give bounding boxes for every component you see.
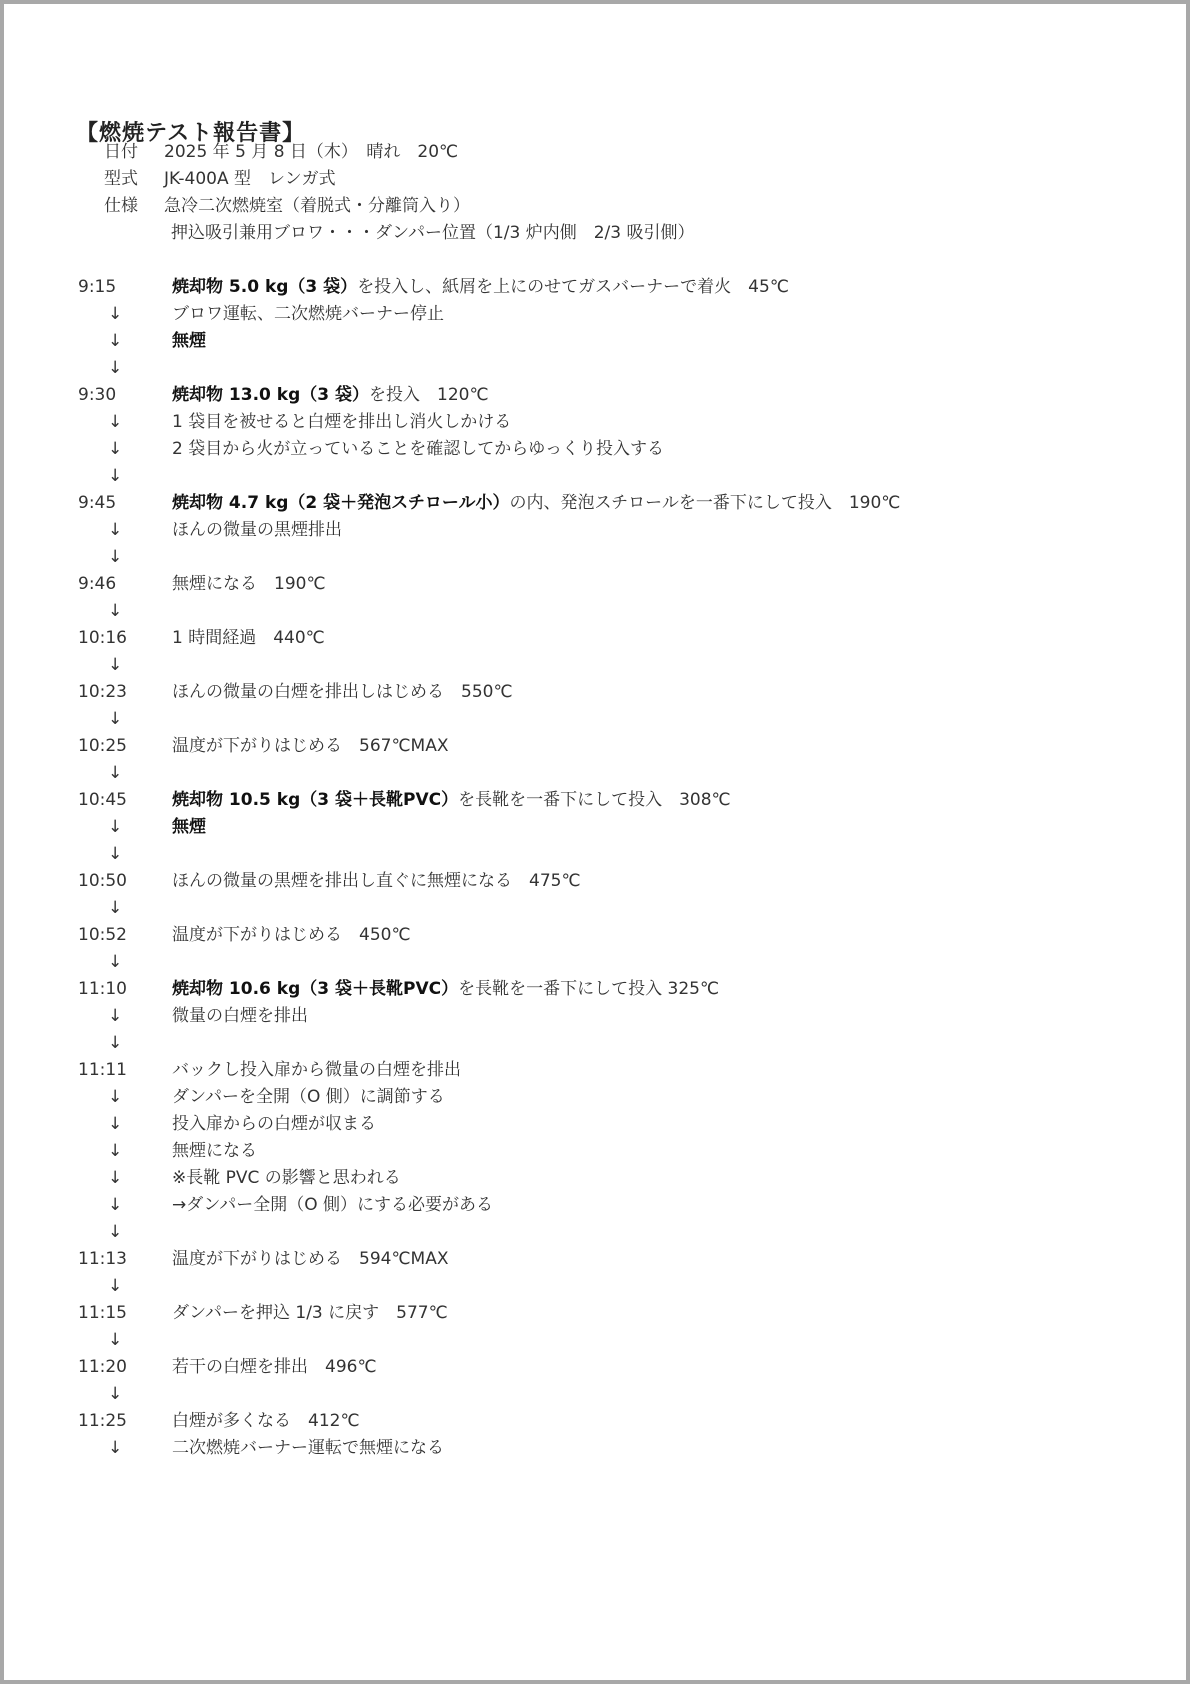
log-text-normal: 微量の白煙を排出	[172, 1006, 308, 1026]
log-text-normal: を投入 120℃	[369, 385, 489, 405]
log-text-normal: ※長靴 PVC の影響と思われる	[172, 1168, 401, 1188]
log-entry: 11:25白煙が多くなる 412℃	[78, 1408, 360, 1434]
arrow-down-icon: ↓	[78, 895, 172, 921]
log-text: →ダンパー全開（O 側）にする必要がある	[172, 1195, 493, 1215]
log-text-normal: ほんの微量の黒煙排出	[172, 520, 342, 540]
log-time: 9:46	[78, 571, 172, 597]
log-entry: ↓	[78, 895, 172, 921]
log-entry: ↓微量の白煙を排出	[78, 1003, 308, 1029]
log-text-normal: 温度が下がりはじめる 594℃MAX	[172, 1249, 448, 1269]
log-time: 10:52	[78, 922, 172, 948]
log-time: 9:45	[78, 490, 172, 516]
log-entry: 10:161 時間経過 440℃	[78, 625, 325, 651]
log-text: ほんの微量の白煙を排出しはじめる 550℃	[172, 682, 513, 702]
meta-value: JK-400A 型 レンガ式	[164, 167, 336, 191]
log-text-normal: バックし投入扉から微量の白煙を排出	[172, 1060, 461, 1080]
log-text: 無煙になる 190℃	[172, 574, 326, 594]
log-text: バックし投入扉から微量の白煙を排出	[172, 1060, 461, 1080]
log-text-normal: ほんの微量の白煙を排出しはじめる 550℃	[172, 682, 513, 702]
log-entry: ↓	[78, 1273, 172, 1299]
arrow-down-icon: ↓	[78, 814, 172, 840]
arrow-down-icon: ↓	[78, 1003, 172, 1029]
meta-date: 日付2025 年 5 月 8 日（木） 晴れ 20℃	[104, 140, 458, 164]
log-text-normal: 投入扉からの白煙が収まる	[172, 1114, 376, 1134]
log-entry: ↓	[78, 1327, 172, 1353]
log-entry: ↓無煙	[78, 328, 206, 354]
log-entry: ↓	[78, 1381, 172, 1407]
log-entry: ↓	[78, 544, 172, 570]
arrow-down-icon: ↓	[78, 1381, 172, 1407]
log-text: 焼却物 13.0 kg（3 袋）を投入 120℃	[172, 385, 489, 405]
log-entry: ↓	[78, 652, 172, 678]
log-text-normal: 温度が下がりはじめる 567℃MAX	[172, 736, 448, 756]
log-text: 温度が下がりはじめる 594℃MAX	[172, 1249, 448, 1269]
arrow-down-icon: ↓	[78, 436, 172, 462]
log-text-normal: を投入し、紙屑を上にのせてガスバーナーで着火 45℃	[357, 277, 789, 297]
arrow-down-icon: ↓	[78, 760, 172, 786]
log-entry: 11:10焼却物 10.6 kg（3 袋＋長靴PVC）を長靴を一番下にして投入 …	[78, 976, 719, 1002]
log-text-normal: →ダンパー全開（O 側）にする必要がある	[172, 1195, 493, 1215]
log-entry: ↓	[78, 1030, 172, 1056]
log-text-normal: ほんの微量の黒煙を排出し直ぐに無煙になる 475℃	[172, 871, 581, 891]
arrow-down-icon: ↓	[78, 328, 172, 354]
meta-spec: 仕様急冷二次燃焼室（着脱式・分離筒入り）	[104, 194, 470, 218]
log-text: 無煙になる	[172, 1141, 257, 1161]
log-entry: ↓	[78, 355, 172, 381]
log-entry: ↓	[78, 1219, 172, 1245]
log-text-normal: 1 袋目を被せると白煙を排出し消火しかける	[172, 412, 511, 432]
log-text-normal: を長靴を一番下にして投入 308℃	[458, 790, 731, 810]
log-text-bold: 無煙	[172, 817, 206, 837]
log-entry: 10:45焼却物 10.5 kg（3 袋＋長靴PVC）を長靴を一番下にして投入 …	[78, 787, 731, 813]
arrow-down-icon: ↓	[78, 1138, 172, 1164]
log-text: 無煙	[172, 817, 206, 837]
log-time: 9:30	[78, 382, 172, 408]
log-text-normal: ダンパーを全開（O 側）に調節する	[172, 1087, 445, 1107]
log-entry: 10:23ほんの微量の白煙を排出しはじめる 550℃	[78, 679, 513, 705]
meta-value: 急冷二次燃焼室（着脱式・分離筒入り）	[164, 194, 470, 218]
log-text: 焼却物 5.0 kg（3 袋）を投入し、紙屑を上にのせてガスバーナーで着火 45…	[172, 277, 789, 297]
log-entry: ↓二次燃焼バーナー運転で無煙になる	[78, 1435, 444, 1461]
log-entry: 11:20若干の白煙を排出 496℃	[78, 1354, 377, 1380]
log-entry: 10:25温度が下がりはじめる 567℃MAX	[78, 733, 448, 759]
log-entry: ↓	[78, 706, 172, 732]
log-text-normal: を長靴を一番下にして投入 325℃	[458, 979, 719, 999]
meta-model: 型式JK-400A 型 レンガ式	[104, 167, 336, 191]
log-entry: ↓	[78, 949, 172, 975]
log-time: 10:50	[78, 868, 172, 894]
log-time: 11:15	[78, 1300, 172, 1326]
arrow-down-icon: ↓	[78, 1030, 172, 1056]
log-text: ほんの微量の黒煙を排出し直ぐに無煙になる 475℃	[172, 871, 581, 891]
log-text-normal: 白煙が多くなる 412℃	[172, 1411, 360, 1431]
log-text-normal: 若干の白煙を排出 496℃	[172, 1357, 377, 1377]
log-entry: ↓ダンパーを全開（O 側）に調節する	[78, 1084, 445, 1110]
log-time: 11:20	[78, 1354, 172, 1380]
arrow-down-icon: ↓	[78, 1084, 172, 1110]
arrow-down-icon: ↓	[78, 463, 172, 489]
log-text: ほんの微量の黒煙排出	[172, 520, 342, 540]
log-text: 焼却物 10.6 kg（3 袋＋長靴PVC）を長靴を一番下にして投入 325℃	[172, 979, 719, 999]
log-time: 10:45	[78, 787, 172, 813]
log-entry: 11:13温度が下がりはじめる 594℃MAX	[78, 1246, 448, 1272]
log-text-bold: 焼却物 10.5 kg（3 袋＋長靴PVC）	[172, 790, 458, 810]
log-time: 11:11	[78, 1057, 172, 1083]
log-entry: 9:45焼却物 4.7 kg（2 袋＋発泡スチロール小）の内、発泡スチロールを一…	[78, 490, 900, 516]
arrow-down-icon: ↓	[78, 949, 172, 975]
log-entry: ↓	[78, 760, 172, 786]
log-text: 無煙	[172, 331, 206, 351]
log-text-bold: 焼却物 5.0 kg（3 袋）	[172, 277, 357, 297]
meta-key: 仕様	[104, 194, 164, 218]
log-entry: ↓無煙	[78, 814, 206, 840]
log-time: 10:16	[78, 625, 172, 651]
log-text: 焼却物 10.5 kg（3 袋＋長靴PVC）を長靴を一番下にして投入 308℃	[172, 790, 731, 810]
arrow-down-icon: ↓	[78, 355, 172, 381]
log-entry: ↓→ダンパー全開（O 側）にする必要がある	[78, 1192, 493, 1218]
log-entry: ↓ほんの微量の黒煙排出	[78, 517, 342, 543]
log-entry: ↓	[78, 463, 172, 489]
log-entry: 11:11バックし投入扉から微量の白煙を排出	[78, 1057, 461, 1083]
log-text: 二次燃焼バーナー運転で無煙になる	[172, 1438, 444, 1458]
log-text: 投入扉からの白煙が収まる	[172, 1114, 376, 1134]
log-entry: ↓無煙になる	[78, 1138, 257, 1164]
meta-value: 2025 年 5 月 8 日（木） 晴れ 20℃	[164, 140, 458, 164]
log-entry: ↓2 袋目から火が立っていることを確認してからゆっくり投入する	[78, 436, 664, 462]
log-text: 1 袋目を被せると白煙を排出し消火しかける	[172, 412, 511, 432]
log-text-bold: 無煙	[172, 331, 206, 351]
log-entry: ↓ブロワ運転、二次燃焼バーナー停止	[78, 301, 444, 327]
log-text-normal: 無煙になる	[172, 1141, 257, 1161]
log-text: ダンパーを押込 1/3 に戻す 577℃	[172, 1303, 448, 1323]
log-text: 1 時間経過 440℃	[172, 628, 325, 648]
log-time: 9:15	[78, 274, 172, 300]
log-entry: 9:46無煙になる 190℃	[78, 571, 326, 597]
log-text-bold: 焼却物 13.0 kg（3 袋）	[172, 385, 369, 405]
log-text-normal: 1 時間経過 440℃	[172, 628, 325, 648]
arrow-down-icon: ↓	[78, 841, 172, 867]
arrow-down-icon: ↓	[78, 1192, 172, 1218]
arrow-down-icon: ↓	[78, 1435, 172, 1461]
log-entry: ↓	[78, 841, 172, 867]
log-time: 11:10	[78, 976, 172, 1002]
arrow-down-icon: ↓	[78, 1327, 172, 1353]
log-time: 11:13	[78, 1246, 172, 1272]
log-text: 温度が下がりはじめる 450℃	[172, 925, 411, 945]
log-text-bold: 焼却物 4.7 kg（2 袋＋発泡スチロール小）	[172, 493, 510, 513]
arrow-down-icon: ↓	[78, 652, 172, 678]
log-text-normal: 二次燃焼バーナー運転で無煙になる	[172, 1438, 444, 1458]
meta-spec-continued: 押込吸引兼用ブロワ・・・ダンパー位置（1/3 炉内側 2/3 吸引側）	[171, 221, 695, 245]
log-entry: 10:52温度が下がりはじめる 450℃	[78, 922, 411, 948]
log-text: ダンパーを全開（O 側）に調節する	[172, 1087, 445, 1107]
log-text-normal: ブロワ運転、二次燃焼バーナー停止	[172, 304, 444, 324]
arrow-down-icon: ↓	[78, 1111, 172, 1137]
log-text: 2 袋目から火が立っていることを確認してからゆっくり投入する	[172, 439, 664, 459]
meta-key: 日付	[104, 140, 164, 164]
log-time: 11:25	[78, 1408, 172, 1434]
arrow-down-icon: ↓	[78, 598, 172, 624]
log-entry: ↓	[78, 598, 172, 624]
log-text: 焼却物 4.7 kg（2 袋＋発泡スチロール小）の内、発泡スチロールを一番下にし…	[172, 493, 900, 513]
log-entry: 11:15ダンパーを押込 1/3 に戻す 577℃	[78, 1300, 448, 1326]
log-entry: 9:15焼却物 5.0 kg（3 袋）を投入し、紙屑を上にのせてガスバーナーで着…	[78, 274, 789, 300]
arrow-down-icon: ↓	[78, 1165, 172, 1191]
log-text-normal: 2 袋目から火が立っていることを確認してからゆっくり投入する	[172, 439, 664, 459]
log-time: 10:23	[78, 679, 172, 705]
arrow-down-icon: ↓	[78, 1219, 172, 1245]
log-text: 若干の白煙を排出 496℃	[172, 1357, 377, 1377]
document-page: 【燃焼テスト報告書】 日付2025 年 5 月 8 日（木） 晴れ 20℃ 型式…	[4, 4, 1186, 1680]
log-text: ※長靴 PVC の影響と思われる	[172, 1168, 401, 1188]
log-text: 温度が下がりはじめる 567℃MAX	[172, 736, 448, 756]
log-text-normal: の内、発泡スチロールを一番下にして投入 190℃	[510, 493, 901, 513]
arrow-down-icon: ↓	[78, 517, 172, 543]
log-text-bold: 焼却物 10.6 kg（3 袋＋長靴PVC）	[172, 979, 458, 999]
log-text: ブロワ運転、二次燃焼バーナー停止	[172, 304, 444, 324]
log-text-normal: 温度が下がりはじめる 450℃	[172, 925, 411, 945]
log-text: 微量の白煙を排出	[172, 1006, 308, 1026]
arrow-down-icon: ↓	[78, 544, 172, 570]
arrow-down-icon: ↓	[78, 301, 172, 327]
meta-key: 型式	[104, 167, 164, 191]
log-text-normal: 無煙になる 190℃	[172, 574, 326, 594]
log-text-normal: ダンパーを押込 1/3 に戻す 577℃	[172, 1303, 448, 1323]
arrow-down-icon: ↓	[78, 1273, 172, 1299]
log-time: 10:25	[78, 733, 172, 759]
log-text: 白煙が多くなる 412℃	[172, 1411, 360, 1431]
log-entry: ↓投入扉からの白煙が収まる	[78, 1111, 376, 1137]
log-entry: ↓※長靴 PVC の影響と思われる	[78, 1165, 401, 1191]
log-entry: ↓1 袋目を被せると白煙を排出し消火しかける	[78, 409, 511, 435]
arrow-down-icon: ↓	[78, 409, 172, 435]
log-entry: 10:50ほんの微量の黒煙を排出し直ぐに無煙になる 475℃	[78, 868, 581, 894]
arrow-down-icon: ↓	[78, 706, 172, 732]
log-entry: 9:30焼却物 13.0 kg（3 袋）を投入 120℃	[78, 382, 489, 408]
